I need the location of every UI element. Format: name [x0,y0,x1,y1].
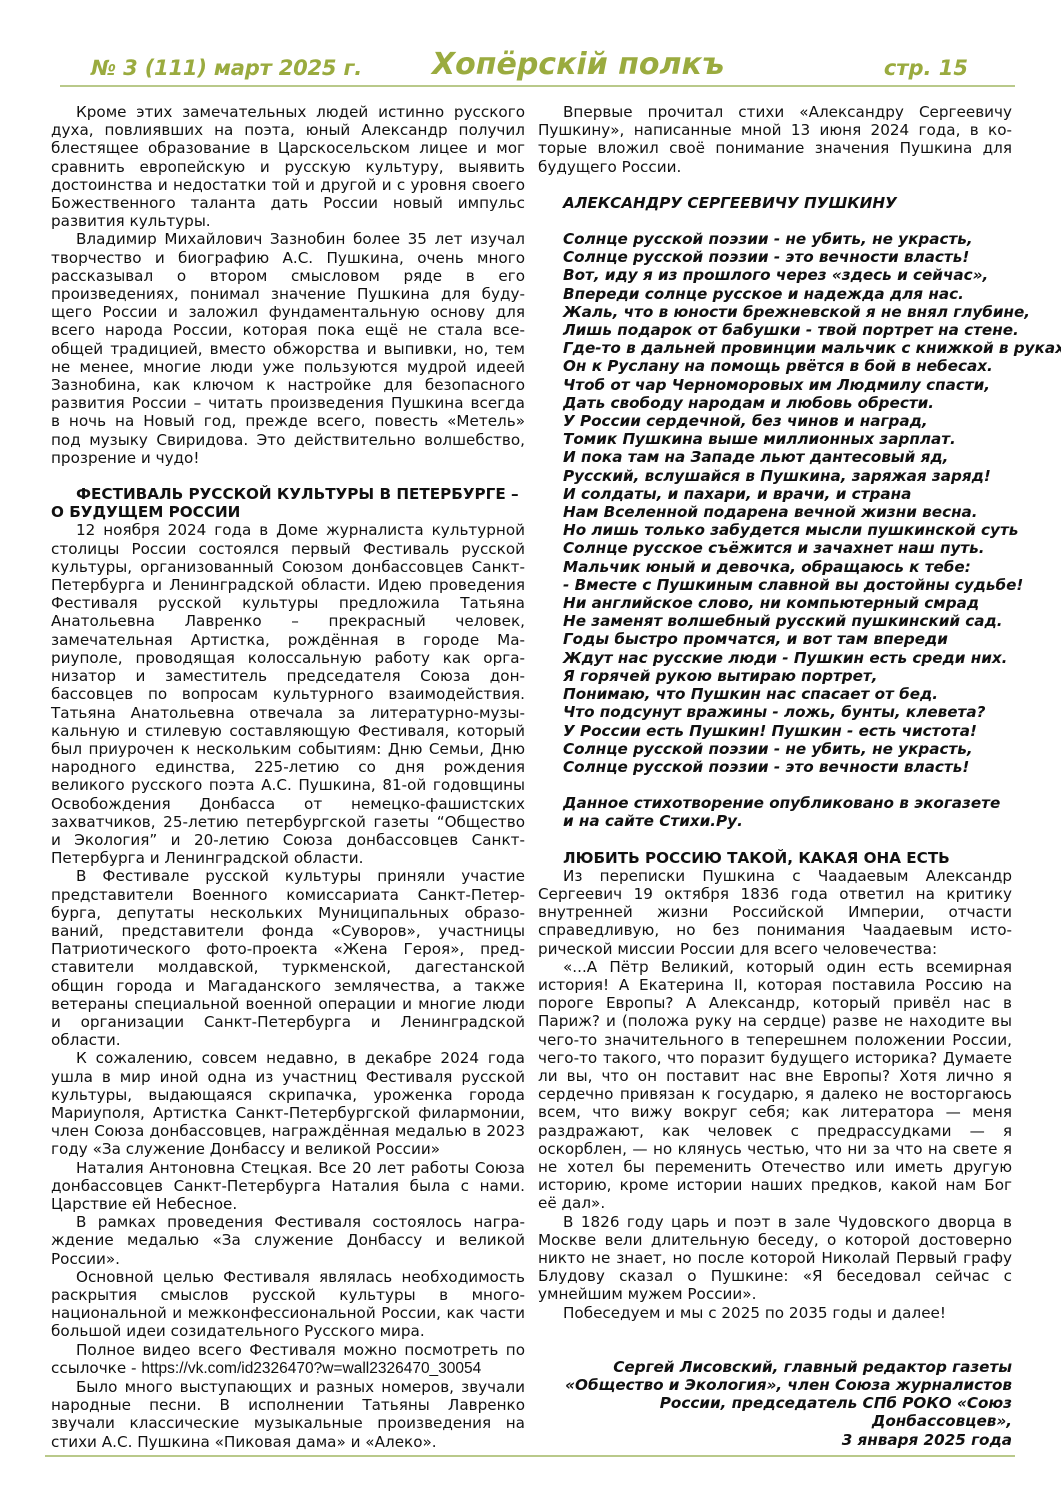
section-heading-festival: ФЕСТИВАЛЬ РУССКОЙ КУЛЬТУРЫ В ПЕТЕРБУРГЕ … [51,485,525,521]
poem-line: Русский, вслушайся в Пушкина, заряжая за… [563,467,1012,485]
poem-title: АЛЕКСАНДРУ СЕРГЕЕВИЧУ ПУШКИНУ [563,194,1012,212]
poem-line: Вот, иду я из прошлого через «здесь и се… [563,266,1012,284]
poem-line: Он к Руслану на помощь рвётся в бой в не… [563,357,1012,375]
paragraph: Основной целью Фестиваля являлась необхо… [51,1268,525,1341]
poem-line: Ни английское слово, ни компьютерный смр… [563,594,1012,612]
paragraph: Впервые прочитал стихи «Александру Серге… [538,103,1012,176]
paragraph: Было много выступающих и разных номеров,… [51,1378,525,1451]
poem-line: И солдаты, и пахари, и врачи, и страна [563,485,1012,503]
page-header: № 3 (111) март 2025 г. Хопёрскiй полкъ с… [60,50,1013,84]
left-column: Кроме этих замечательных людей истинно р… [51,103,525,1451]
poem-line: Понимаю, что Пушкин нас спасает от бед. [563,685,1012,703]
right-column: Впервые прочитал стихи «Александру Серге… [538,103,1012,1449]
poem-line: У России есть Пушкин! Пушкин - есть чист… [563,722,1012,740]
poem-line: Ждут нас русские люди - Пушкин есть сред… [563,649,1012,667]
poem-line: Но лишь только забудется мысли пушкинско… [563,521,1012,539]
header-rule [60,85,1015,87]
poem-line: Томик Пушкина выше миллионных зарплат. [563,430,1012,448]
poem-line: - Вместе с Пушкиным славной вы достойны … [563,576,1012,594]
poem-line: Солнце русской поэзии - это вечности вла… [563,248,1012,266]
paragraph: В 1826 году царь и поэт в зале Чудовског… [538,1213,1012,1304]
poem-line: Жаль, что в юности брежневской я не внял… [563,303,1012,321]
issue-number: № 3 (111) март 2025 г. [91,56,362,80]
poem-line: Солнце русской поэзии - не убить, не укр… [563,740,1012,758]
poem-line: Дать свободу народам и любовь обрести. [563,394,1012,412]
poem-line: Впереди солнце русское и надежда для нас… [563,285,1012,303]
video-paragraph: Полное видео всего Фестиваля можно посмо… [51,1341,525,1378]
paragraph: Наталия Антоновна Стецкая. Все 20 лет ра… [51,1159,525,1214]
paragraph: 12 ноября 2024 года в Доме журналиста ку… [51,521,525,867]
spacer [538,1340,1012,1358]
paragraph: Побеседуем и мы с 2025 по 2035 годы и да… [538,1304,1012,1322]
author-signature: Сергей Лисовский, главный редактор газет… [538,1358,1012,1449]
poem-line: Чтоб от чар Черноморовых им Людмилу спас… [563,376,1012,394]
signature-line: «Общество и Экология», член Союза журнал… [538,1376,1012,1394]
poem-line: Не заменят волшебный русский пушкинский … [563,612,1012,630]
spacer [538,831,1012,849]
poem-line: Солнце русское съёжится и зачахнет наш п… [563,539,1012,557]
poem-line: Где-то в дальней провинции мальчик с кни… [563,339,1012,357]
section-heading-love-russia: ЛЮБИТЬ РОССИЮ ТАКОЙ, КАКАЯ ОНА ЕСТЬ [538,849,1012,867]
poem-line: Годы быстро промчатся, и вот там впереди [563,630,1012,648]
poem-line: Солнце русской поэзии - не убить, не укр… [563,230,1012,248]
poem-line: Что подсунут вражины - ложь, бунты, клев… [563,703,1012,721]
footer-rule [45,1455,1015,1457]
poem-line: Я горячей рукою вытираю портрет, [563,667,1012,685]
spacer [538,1322,1012,1340]
poem-line: Лишь подарок от бабушки - твой портрет н… [563,321,1012,339]
spacer [538,212,1012,230]
quote-paragraph: «...А Пётр Великий, который один есть вс… [538,958,1012,1213]
signature-date: 3 января 2025 года [538,1431,1012,1449]
page-number: стр. 15 [884,56,968,80]
signature-line: Сергей Лисовский, главный редактор газет… [538,1358,1012,1376]
newspaper-title: Хопёрскiй полкъ [432,47,724,82]
spacer [538,776,1012,794]
paragraph: К сожалению, совсем недавно, в декабре 2… [51,1049,525,1158]
paragraph: В Фестивале русской культуры приняли уча… [51,867,525,1049]
paragraph: Из переписки Пушкина с Чаадаевым Алексан… [538,867,1012,958]
spacer [538,176,1012,194]
poem-line: Солнце русской поэзии - это вечности вла… [563,758,1012,776]
paragraph: Кроме этих замечательных людей истинно р… [51,103,525,230]
paragraph: Владимир Михайлович Зазнобин более 35 ле… [51,230,525,467]
video-link[interactable]: https://vk.com/id2326470?w=wall2326470_3… [141,1360,481,1377]
poem-line: У России сердечной, без чинов и наград, [563,412,1012,430]
spacer [51,467,525,485]
publication-note: Данное стихотворение опубликовано в эког… [563,794,1012,830]
poem-line: Нам Вселенной подарена вечной жизни весн… [563,503,1012,521]
poem-line: Мальчик юный и девочка, обращаюсь к тебе… [563,558,1012,576]
signature-line: России, председатель СПб РОКО «Союз Донб… [538,1394,1012,1430]
paragraph: В рамках проведения Фестиваля состоялось… [51,1213,525,1268]
poem-line: И пока там на Западе льют дантесовый яд, [563,448,1012,466]
poem: Солнце русской поэзии - не убить, не укр… [563,230,1012,776]
